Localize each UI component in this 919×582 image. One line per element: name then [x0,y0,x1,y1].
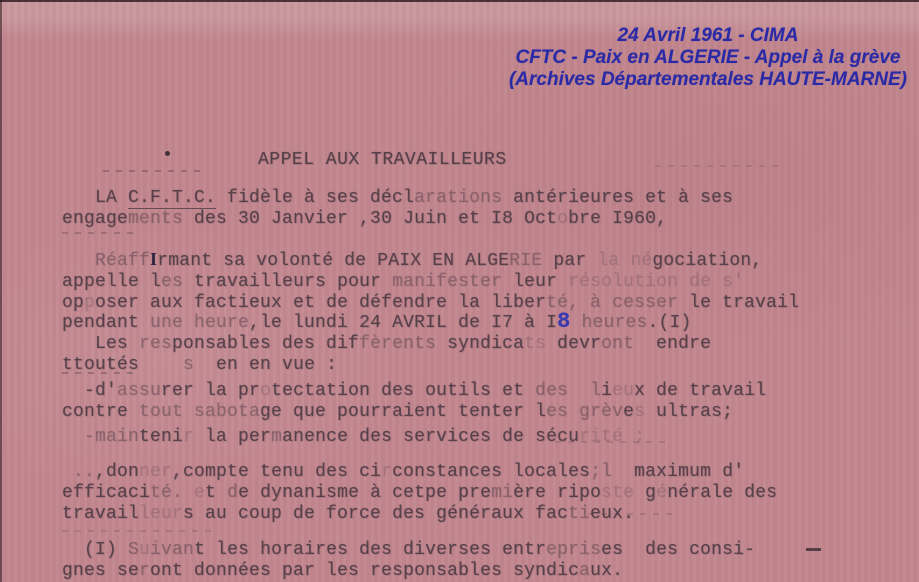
typewriter-line: gnes seront données par les responsables… [62,561,889,582]
typewriter-line: RéaffIrmant sa volonté de PAIX EN ALGERI… [62,249,889,272]
paragraph-p5: -maintenir la permanence des services de… [62,427,889,448]
paragraph-p3: Les responsables des diffèrents syndicat… [62,334,889,376]
typewriter-line: ..,donner,compte tenu des circonstances … [62,462,889,483]
typewriter-line: (I) Suivant les horaires des diverses en… [62,540,889,561]
typewriter-line: travailleurs au coup de force des généra… [62,504,889,525]
typewritten-document: APPEL AUX TRAVAILLEURS LA C.F.T.C. fidèl… [0,0,919,582]
typewriter-line: ttoutés s en en vue : [62,355,889,376]
paragraph-p6: ..,donner,compte tenu des circonstances … [62,462,889,525]
paragraph-p1: LA C.F.T.C. fidèle à ses déclarations an… [62,188,889,230]
document-title: APPEL AUX TRAVAILLEURS [258,150,507,170]
typewriter-line: appelle les travailleurs pour manifester… [62,272,889,293]
typewriter-line: pendant une heure,le lundi 24 AVRIL de I… [62,311,889,334]
paragraph-p7: (I) Suivant les horaires des diverses en… [62,540,889,582]
typewriter-line: efficacité. et de dynanisme à cetpe prem… [62,483,889,504]
typewriter-line: -d'assurer la protectation des outils et… [62,381,889,402]
typewriter-line: Les responsables des diffèrents syndicat… [62,334,889,355]
typewriter-line: -maintenir la permanence des services de… [62,427,889,448]
typewriter-line: LA C.F.T.C. fidèle à ses déclarations an… [62,188,889,209]
paragraph-p2: RéaffIrmant sa volonté de PAIX EN ALGERI… [62,249,889,314]
typewriter-line: contre tout sabotage que pourraient tent… [62,402,889,423]
typewriter-line: engagements des 30 Janvier ,30 Juin et I… [62,209,889,230]
paragraph-p2b: pendant une heure,le lundi 24 AVRIL de I… [62,311,889,334]
paragraph-p4: -d'assurer la protectation des outils et… [62,381,889,423]
